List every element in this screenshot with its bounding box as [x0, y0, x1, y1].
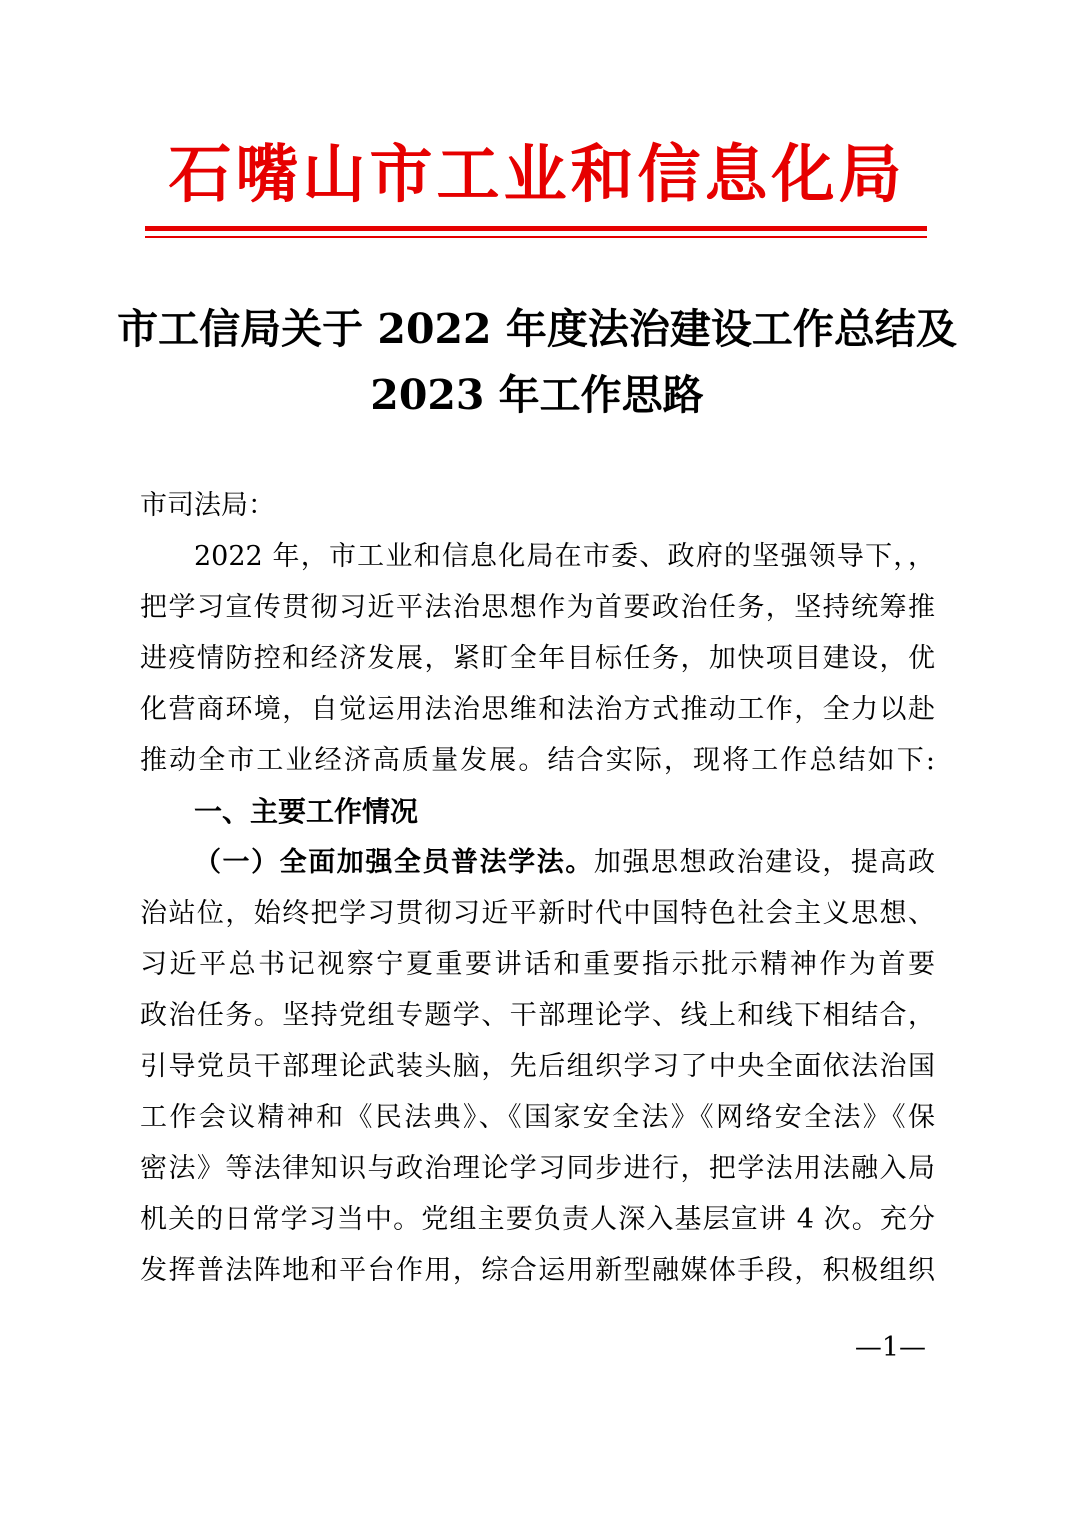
body-line: 推动全市工业经济高质量发展。结合实际，现将工作总结如下: — [140, 735, 935, 786]
body-line: 进疫情防控和经济发展，紧盯全年目标任务，加快项目建设，优 — [140, 633, 935, 684]
body-line: 习近平总书记视察宁夏重要讲话和重要指示批示精神作为首要 — [140, 939, 935, 990]
document-body: 市司法局： 2022 年，市工业和信息化局在市委、政府的坚强领导下，， 把学习宣… — [140, 480, 935, 1296]
body-line: 化营商环境，自觉运用法治思维和法治方式推动工作，全力以赴 — [140, 684, 935, 735]
letterhead-separator-thin — [145, 236, 927, 238]
subsection-lead: （一）全面加强全员普法学法。 — [194, 847, 594, 878]
section-heading: 一、主要工作情况 — [140, 786, 935, 837]
document-title: 市工信局关于 2022 年度法治建设工作总结及 2023 年工作思路 — [80, 296, 994, 428]
body-line: 工作会议精神和《民法典》、《国家安全法》《网络安全法》《保 — [140, 1092, 935, 1143]
body-line: 把学习宣传贯彻习近平法治思想作为首要政治任务，坚持统筹推 — [140, 582, 935, 633]
document-title-line1: 市工信局关于 2022 年度法治建设工作总结及 — [80, 296, 994, 362]
letterhead-separator-thick — [145, 226, 927, 231]
document-page: 石嘴山市工业和信息化局 市工信局关于 2022 年度法治建设工作总结及 2023… — [0, 0, 1074, 1520]
body-line: 治站位，始终把学习贯彻习近平新时代中国特色社会主义思想、 — [140, 888, 935, 939]
letterhead-agency-title: 石嘴山市工业和信息化局 — [0, 0, 1074, 210]
page-number: —1— — [0, 1330, 1074, 1366]
body-line-text: 加强思想政治建设，提高政 — [594, 847, 935, 878]
body-line: 政治任务。坚持党组专题学、干部理论学、线上和线下相结合， — [140, 990, 935, 1041]
body-line: 引导党员干部理论武装头脑，先后组织学习了中央全面依法治国 — [140, 1041, 935, 1092]
body-line: 2022 年，市工业和信息化局在市委、政府的坚强领导下，， — [140, 531, 935, 582]
body-line: 机关的日常学习当中。党组主要负责人深入基层宣讲 4 次。充分 — [140, 1194, 935, 1245]
body-line: 密法》等法律知识与政治理论学习同步进行，把学法用法融入局 — [140, 1143, 935, 1194]
body-line: （一）全面加强全员普法学法。加强思想政治建设，提高政 — [140, 837, 935, 888]
document-title-line2: 2023 年工作思路 — [80, 362, 994, 428]
salutation: 市司法局： — [140, 480, 935, 531]
body-line: 发挥普法阵地和平台作用，综合运用新型融媒体手段，积极组织 — [140, 1245, 935, 1296]
